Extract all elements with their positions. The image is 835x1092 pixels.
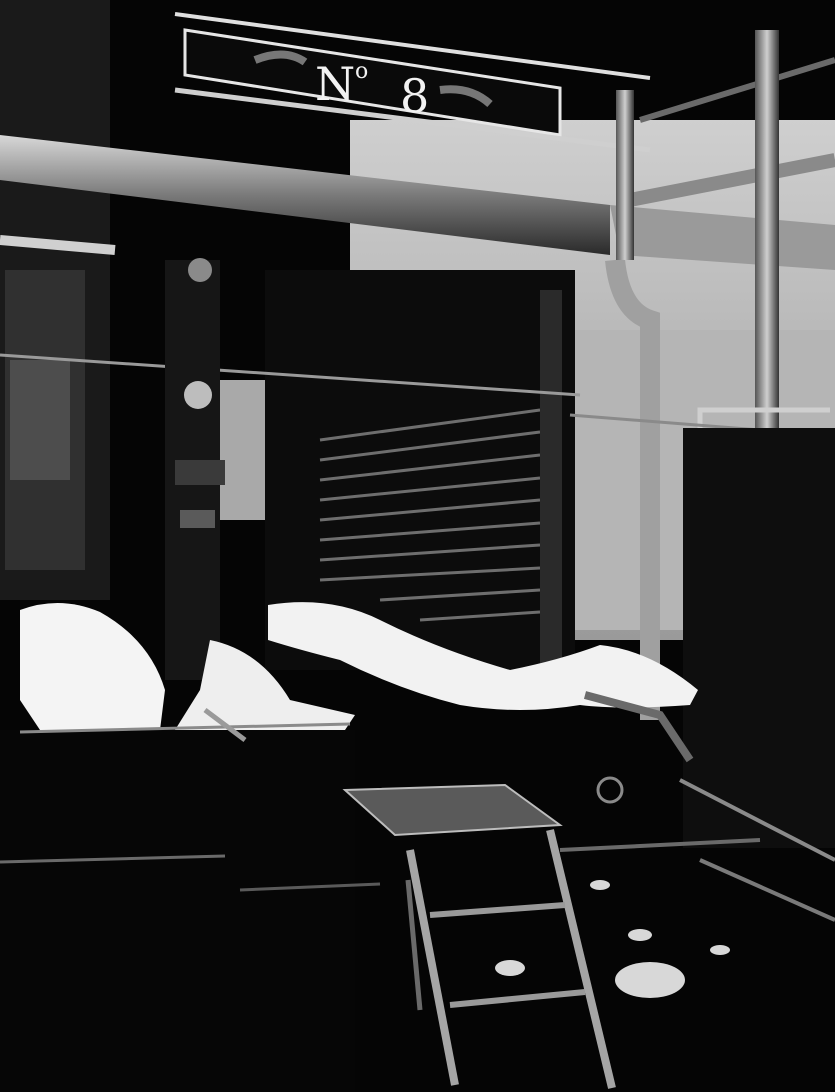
left-wall: [0, 0, 110, 600]
valve-column: [165, 258, 225, 680]
storage-tank: [683, 428, 835, 848]
sign-prefix: N: [315, 57, 355, 111]
photo-scene: N o 8: [0, 0, 835, 1092]
photograph: N o 8: [0, 0, 835, 1092]
sign-superscript: o: [355, 59, 368, 84]
sign-number: 8: [400, 69, 429, 123]
